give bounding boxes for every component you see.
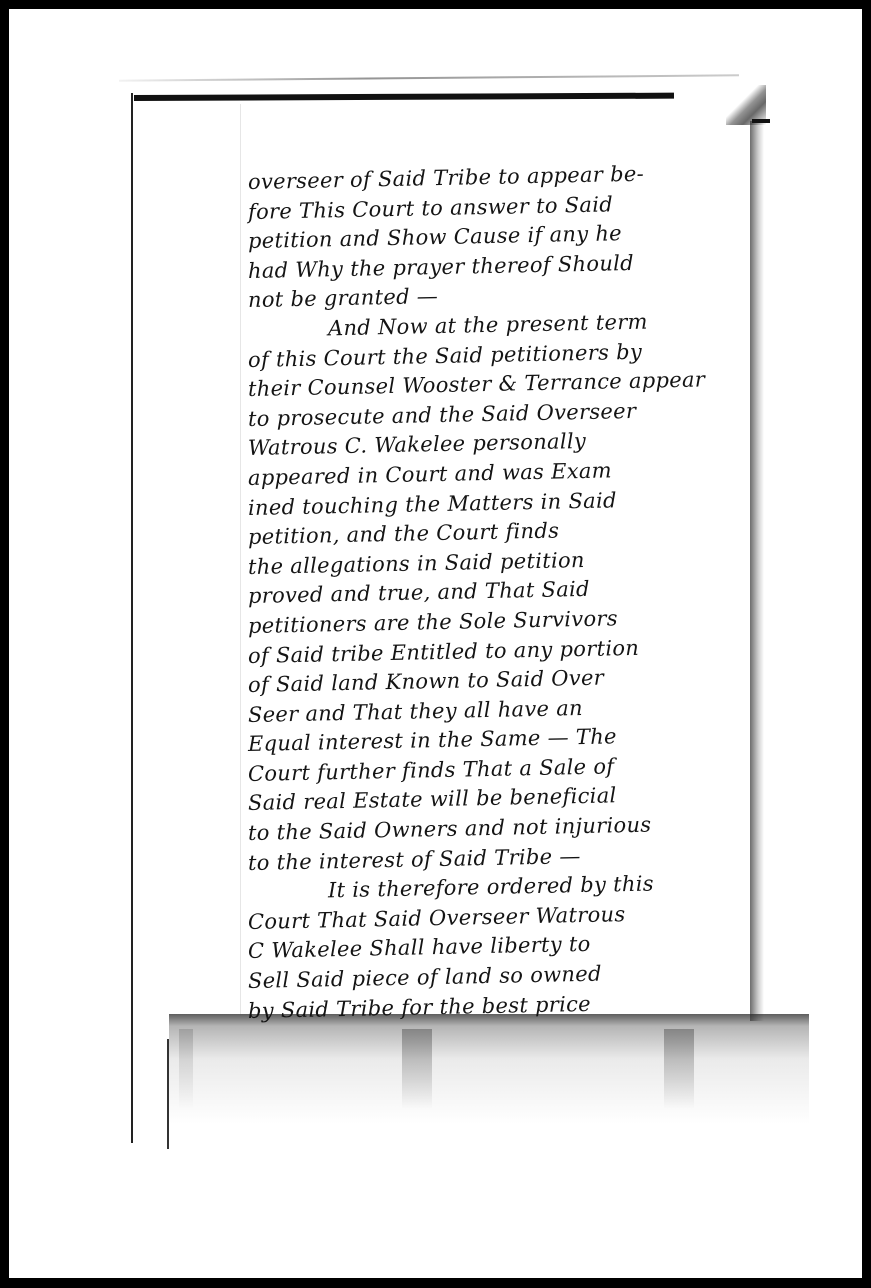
shadow-stripe — [179, 1029, 193, 1109]
page-dog-ear-edge — [752, 119, 770, 123]
sheet-left-edge — [167, 1039, 169, 1149]
sheet-edge-line — [119, 74, 739, 81]
shadow-stripe — [402, 1029, 432, 1109]
page-bottom-shadow — [169, 1014, 809, 1124]
handwritten-text: overseer of Said Tribe to appear be- for… — [248, 168, 778, 1026]
shadow-stripe — [664, 1029, 694, 1109]
